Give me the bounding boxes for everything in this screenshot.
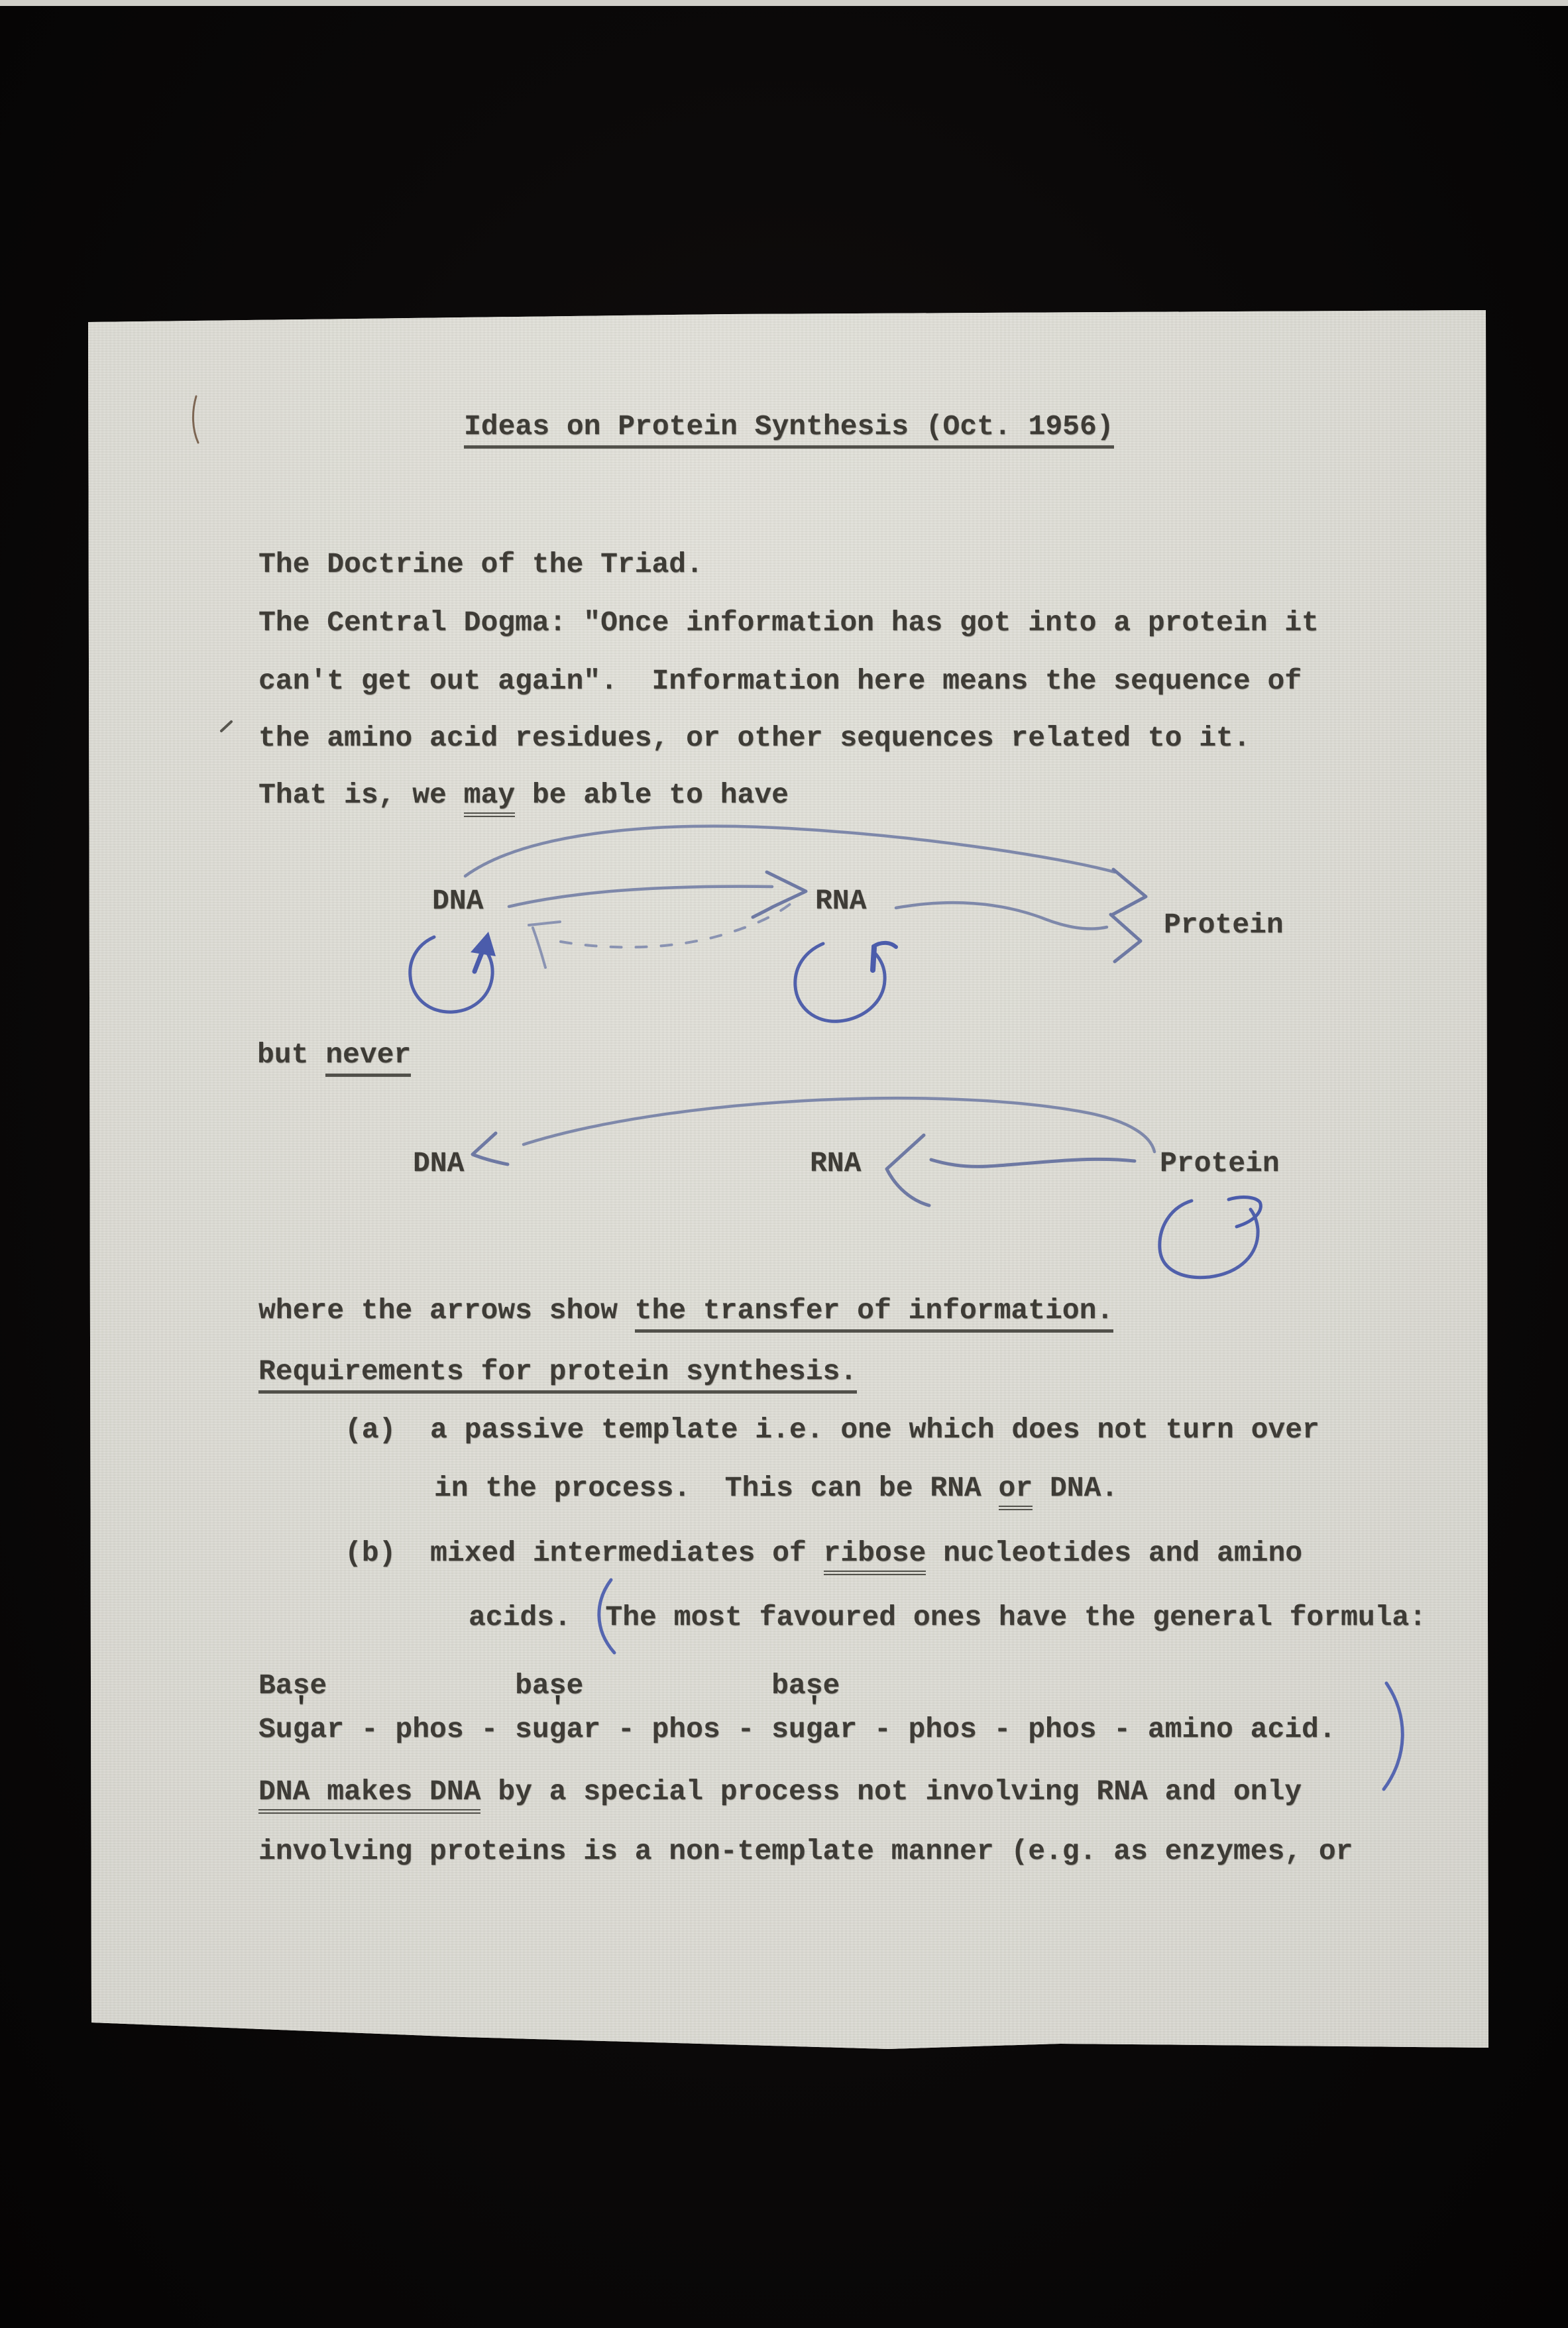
central-dogma-line-3: the amino acid residues, or other sequen… — [258, 724, 1251, 752]
item-b-line-1: (b) mixed intermediates of ribose nucleo… — [345, 1539, 1302, 1567]
page-title: Ideas on Protein Synthesis (Oct. 1956) — [464, 412, 1114, 441]
scan-edge-sliver — [0, 0, 1568, 6]
arrowhead-protein-to-rna — [887, 1135, 929, 1205]
but-never-line: but never — [257, 1040, 411, 1069]
self-loop-dna-arrow-stem — [475, 941, 486, 971]
handwritten-close-paren — [1384, 1683, 1402, 1789]
arrows-meaning-line: where the arrows show the transfer of in… — [258, 1296, 1113, 1325]
formula-chain-line: Sugar - phos - sugar - phos - sugar - ph… — [258, 1715, 1336, 1744]
handwritten-ink-layer — [0, 0, 1568, 2328]
diagram2-dna-label: DNA — [413, 1149, 464, 1178]
self-loop-rna-arrow-stem — [873, 948, 874, 970]
item-a-line-1: (a) a passive template i.e. one which do… — [345, 1415, 1319, 1444]
item-b-line-2: acids. The most favoured ones have the g… — [469, 1603, 1426, 1632]
central-dogma-line-1: The Central Dogma: "Once information has… — [258, 608, 1319, 637]
self-loop-protein — [1160, 1201, 1258, 1278]
self-loop-rna-arrow-barb — [873, 943, 896, 947]
last-line: involving proteins is a non-template man… — [258, 1837, 1353, 1865]
arrowhead-dna-to-rna — [753, 872, 806, 917]
margin-tick-mark — [221, 722, 231, 731]
diagram1-rna-label: RNA — [815, 887, 866, 915]
arrow-rna-to-protein — [896, 903, 1107, 928]
diagram1-protein-label: Protein — [1164, 911, 1284, 939]
diagram1-dna-label: DNA — [432, 887, 483, 915]
scanned-document-photo: { "doc": { "title": "Ideas on Protein Sy… — [0, 0, 1568, 2328]
self-loop-dna-arrowhead — [471, 932, 496, 956]
diagram2-rna-label: RNA — [810, 1149, 861, 1178]
doctrine-line: The Doctrine of the Triad. — [258, 550, 703, 579]
arrowhead-dna-to-protein — [1111, 869, 1146, 915]
dna-makes-dna-line: DNA makes DNA by a special process not i… — [258, 1777, 1302, 1806]
item-a-line-2: in the process. This can be RNA or DNA. — [434, 1474, 1118, 1502]
document-page: Ideas on Protein Synthesis (Oct. 1956) T… — [0, 0, 1568, 2328]
central-dogma-line-2: can't get out again". Information here m… — [258, 667, 1302, 695]
arrow-dna-to-rna — [509, 887, 772, 907]
arrow-dna-to-protein — [465, 826, 1115, 876]
arrowhead-dashed-rna-to-dna — [529, 922, 560, 968]
arrowhead-protein-to-dna — [473, 1133, 508, 1164]
arrow-protein-to-rna — [931, 1159, 1135, 1166]
dashed-arrow-rna-to-dna — [561, 903, 791, 947]
requirements-heading: Requirements for protein synthesis. — [258, 1357, 857, 1386]
self-loop-dna — [410, 937, 492, 1012]
self-loop-protein-arrow-hook — [1229, 1197, 1260, 1227]
arrowhead-rna-to-protein — [1111, 915, 1141, 962]
self-loop-rna — [795, 944, 885, 1021]
pen-scratch-mark — [193, 396, 198, 443]
that-is-line: That is, we may be able to have — [258, 781, 789, 809]
diagram2-protein-label: Protein — [1160, 1149, 1280, 1178]
arrow-protein-to-dna — [524, 1098, 1154, 1152]
